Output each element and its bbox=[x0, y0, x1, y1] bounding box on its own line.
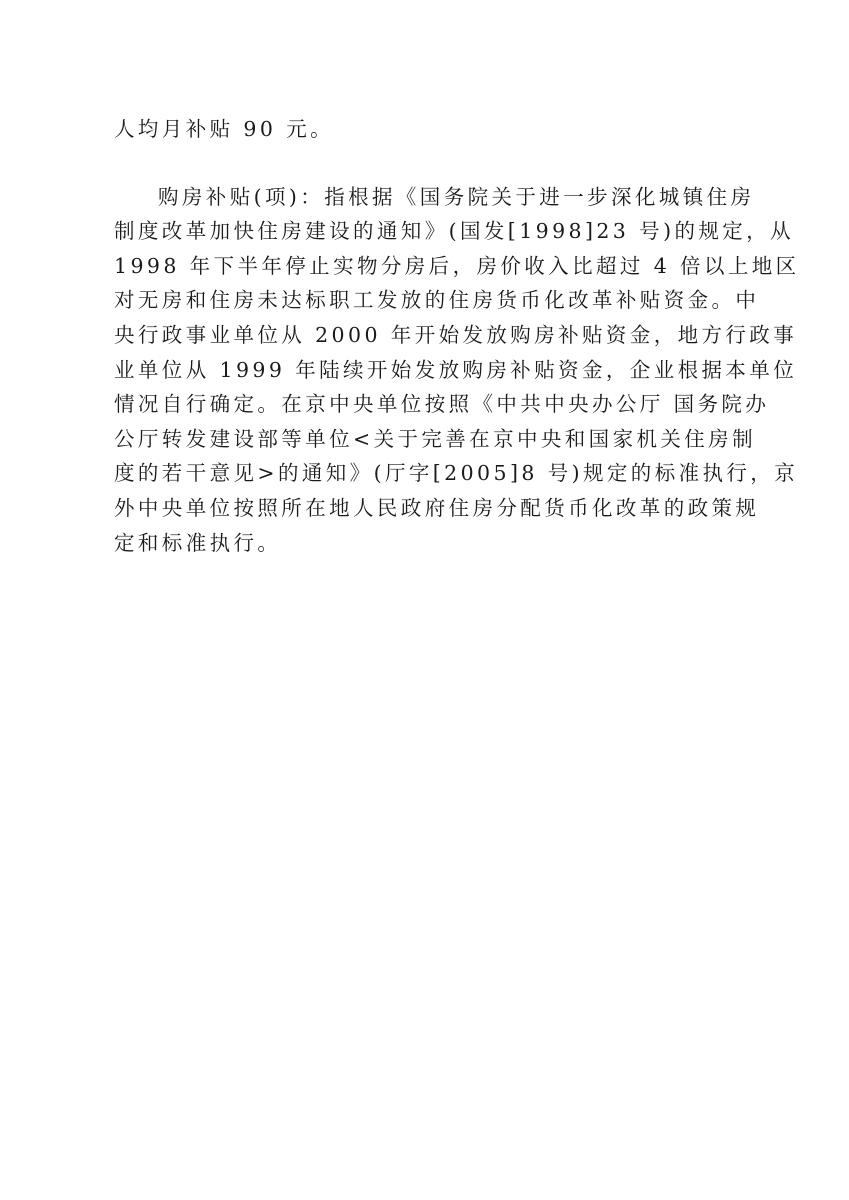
text-line: 1998 年下半年停止实物分房后，房价收入比超过 4 倍以上地区 bbox=[114, 249, 739, 284]
paragraph-spacer bbox=[114, 147, 739, 180]
text-line: 制度改革加快住房建设的通知》(国发[1998]23 号)的规定，从 bbox=[114, 214, 739, 249]
text-line-first: 购房补贴(项)：指根据《国务院关于进一步深化城镇住房 bbox=[114, 180, 739, 215]
document-body: 人均月补贴 90 元。 购房补贴(项)：指根据《国务院关于进一步深化城镇住房 制… bbox=[114, 112, 739, 560]
text-line: 人均月补贴 90 元。 bbox=[114, 112, 739, 147]
text-line: 业单位从 1999 年陆续开始发放购房补贴资金，企业根据本单位 bbox=[114, 353, 739, 388]
document-page: 人均月补贴 90 元。 购房补贴(项)：指根据《国务院关于进一步深化城镇住房 制… bbox=[0, 0, 849, 1200]
text-line: 公厅转发建设部等单位<关于完善在京中央和国家机关住房制 bbox=[114, 422, 739, 457]
text-line: 度的若干意见>的通知》(厅字[2005]8 号)规定的标准执行，京 bbox=[114, 456, 739, 491]
text-line-last: 定和标准执行。 bbox=[114, 526, 739, 561]
text-line: 央行政事业单位从 2000 年开始发放购房补贴资金，地方行政事 bbox=[114, 318, 739, 353]
text-line: 外中央单位按照所在地人民政府住房分配货币化改革的政策规 bbox=[114, 491, 739, 526]
paragraph-housing-purchase-subsidy: 购房补贴(项)：指根据《国务院关于进一步深化城镇住房 制度改革加快住房建设的通知… bbox=[114, 180, 739, 561]
text-line: 情况自行确定。在京中央单位按照《中共中央办公厅 国务院办 bbox=[114, 387, 739, 422]
text-line: 对无房和住房未达标职工发放的住房货币化改革补贴资金。中 bbox=[114, 283, 739, 318]
paragraph-continuation: 人均月补贴 90 元。 bbox=[114, 112, 739, 147]
